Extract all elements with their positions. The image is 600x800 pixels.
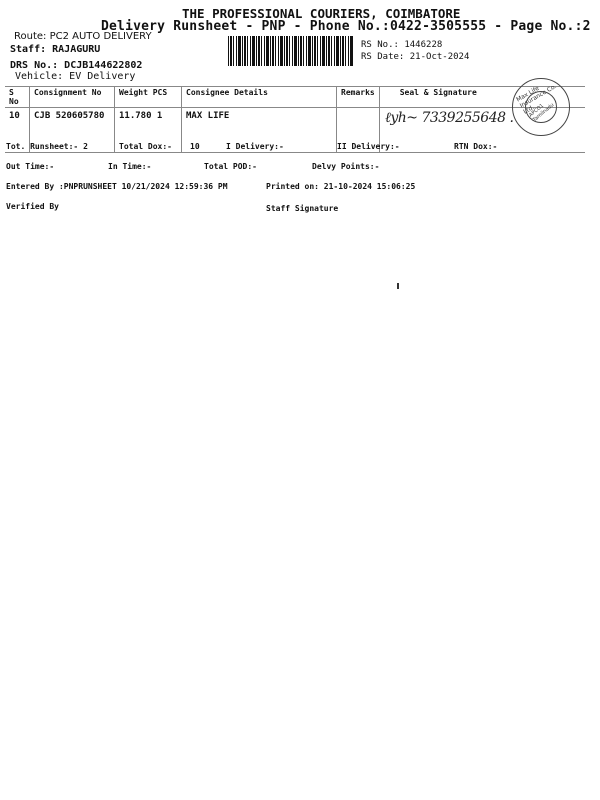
printed-on: Printed on: 21-10-2024 15:06:25: [266, 182, 415, 191]
total-pod: Total POD:-: [204, 162, 257, 171]
verified-by: Verified By: [6, 202, 59, 211]
rs-date: RS Date: 21-Oct-2024: [361, 52, 469, 62]
col-s-no: S No: [5, 87, 30, 108]
route-label: Route: PC2 AUTO DELIVERY: [14, 31, 152, 42]
total-dox-label: Total Dox:-: [119, 142, 172, 151]
total-dox-value: 10: [190, 142, 200, 151]
company-seal-stamp: Max Life Insurance Co. Ltd. APCO1 Tamiln…: [512, 78, 570, 136]
col-consignment-no: Consignment No: [30, 87, 115, 108]
runsheet-title: Delivery Runsheet - PNP - Phone No.:0422…: [101, 19, 591, 34]
entered-by: Entered By :PNPRUNSHEET 10/21/2024 12:59…: [6, 182, 228, 191]
barcode-icon: [228, 36, 353, 66]
stray-mark: [397, 283, 399, 289]
vehicle-label: Vehicle: EV Delivery: [15, 71, 135, 82]
col-weight-pcs: Weight PCS: [115, 87, 182, 108]
out-time: Out Time:-: [6, 162, 54, 171]
staff-label: Staff: RAJAGURU: [10, 44, 100, 55]
rs-number: RS No.: 1446228: [361, 40, 442, 50]
in-time: In Time:-: [108, 162, 151, 171]
i-delivery: I Delivery:-: [226, 142, 284, 151]
col-remarks: Remarks: [337, 87, 380, 108]
rtn-dox: RTN Dox:-: [454, 142, 497, 151]
table-header-row: S No Consignment No Weight PCS Consignee…: [5, 87, 585, 108]
handwritten-signature: ℓyh~ 7339255648 .: [385, 110, 513, 127]
staff-signature: Staff Signature: [266, 204, 338, 213]
delvy-points: Delvy Points:-: [312, 162, 379, 171]
drs-number: DRS No.: DCJB144622802: [10, 60, 142, 71]
col-consignee-details: Consignee Details: [182, 87, 337, 108]
tot-runsheet: Tot. Runsheet:- 2: [6, 142, 88, 151]
ii-delivery: II Delivery:-: [337, 142, 400, 151]
